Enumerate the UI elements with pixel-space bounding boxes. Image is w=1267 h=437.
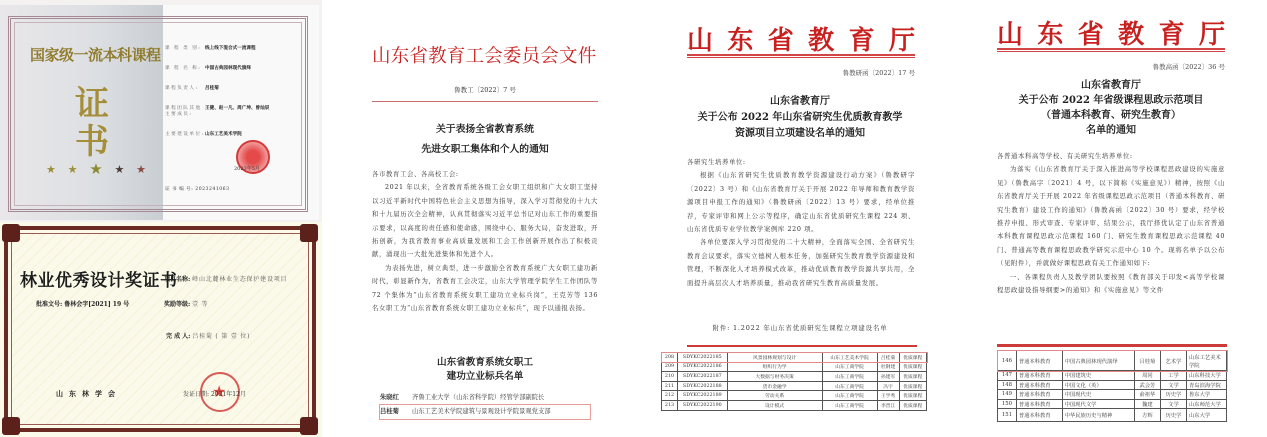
cell-lead: 武会芳 [1134, 380, 1160, 390]
star-icon: ★ [46, 163, 56, 176]
cell-code: SDYKC2022189 [678, 391, 728, 401]
cell-lead: 王学秀 [877, 391, 899, 401]
field-course-lead: 课程负责人: 吕桂菊 [165, 86, 315, 92]
attachment-line: 附件: 1.2022 年山东省优质研究生课程立项建设名单 [645, 323, 955, 332]
cell-school: 山东师范大学 [1187, 399, 1227, 409]
document-header: 山东省教育工会委员会文件 [372, 42, 602, 68]
cell-discipline: 文学 [1160, 399, 1186, 409]
certificate-number-value: 2023241063 [195, 187, 229, 192]
field-value: 王健、赵一凡、周广坤、曾灿辰 [205, 106, 269, 118]
cell-lead: 魏建 [1134, 399, 1160, 409]
cell-no: 150 [998, 399, 1017, 409]
cell-type: 优质课程 [899, 353, 926, 363]
cell-category: 普通本科教育 [1016, 351, 1062, 371]
cell-course: 中国古典园林现代演绎 [1062, 351, 1134, 371]
cell-course: 中国现代史 [1062, 390, 1134, 400]
title-line: 关于表扬全省教育系统 [330, 120, 640, 140]
cell-school: 青岛滨海学院 [1187, 380, 1227, 390]
corner-ornament [2, 417, 20, 435]
cell-course: 设计模式 [727, 400, 822, 410]
list-item: 朱晓红 齐鲁工业大学（山东省科学院）经管学部副院长 [380, 391, 590, 405]
cell-course: 大数据与财务决策 [727, 372, 822, 382]
cell-lead: 周同 [1134, 371, 1160, 381]
header-divider [997, 48, 1225, 52]
document-title: 山东省教育厅 关于公布 2022 年山东省研究生优质教育教学 资源项目立项建设名… [645, 94, 955, 142]
title-line: 名单的通知 [955, 123, 1267, 138]
cell-type: 优质课程 [899, 400, 926, 410]
cell-code: SDYKC2022185 [678, 353, 728, 363]
star-icon: ★ [136, 163, 146, 176]
field-label: 课程负责人: [165, 86, 205, 92]
cell-school: 山东工艺美术学院 [1187, 351, 1227, 371]
field-value: 线上线下混合式一流课程 [205, 46, 256, 52]
title-line: 先进女职工集体和个人的通知 [330, 140, 640, 160]
issuing-society: 山东林学会 [56, 389, 121, 399]
title-line: 关于公布 2022 年省级课程思政示范项目 [955, 93, 1267, 108]
cell-category: 普通本科教育 [1016, 409, 1062, 422]
table-row: 210 SDYKC2022187 大数据与财务决策 山东工商学院 孙建军 优质课… [662, 372, 927, 382]
document-body: 各市教育工会、各高校工会: 2021 年以来，全省教育系统各级工会女职工组织和广… [372, 168, 598, 315]
cell-lead: 方辉 [1134, 409, 1160, 422]
forestry-design-award-certificate: 林业优秀设计奖证书 批准文号: 鲁林会字[2021] 19 号 项目名称: 峄山… [0, 222, 322, 437]
table-row: 212 SDYKC2022189 劳动关系 山东工商学院 王学秀 优质课程 [662, 391, 927, 401]
cell-no: 149 [998, 390, 1017, 400]
corner-ornament [300, 224, 318, 242]
cell-lead: 孙建军 [877, 372, 899, 382]
field-team-members: 课程团队其他主要成员: 王健、赵一凡、周广坤、曾灿辰 [165, 106, 315, 118]
field-course-category: 课 程 类 别: 线上线下混合式一流课程 [165, 46, 315, 52]
document-header: 山 东 省 教 育 厅 [997, 14, 1225, 51]
demo-course-table: 146 普通本科教育 中国古典园林现代演绎 吕桂菊 艺术学 山东工艺美术学院 1… [997, 350, 1227, 422]
title-line: 关于公布 2022 年山东省研究生优质教育教学 [645, 110, 955, 126]
cell-course: 中国现代文学 [1062, 399, 1134, 409]
field-value: 峄山北麓林业生态保护建设项目 [192, 276, 287, 283]
table-row: 148 普通本科教育 中国文化（英） 武会芳 文学 青岛滨海学院 [998, 380, 1227, 390]
header-char: 山 [687, 20, 713, 57]
cell-code: SDYKC2022190 [678, 400, 728, 410]
cell-code: SDYKC2022187 [678, 372, 728, 382]
field-value: 中国古典园林现代演绎 [205, 66, 251, 72]
document-number: 鲁教高函〔2022〕36 号 [955, 62, 1225, 71]
header-char: 厅 [889, 20, 915, 57]
cell-school: 山东工商学院 [822, 362, 877, 372]
cell-category: 普通本科教育 [1016, 399, 1062, 409]
honoree-name: 吕桂菊 [380, 405, 410, 419]
header-char: 东 [1037, 14, 1063, 51]
field-value: 2021年12月 [211, 391, 246, 398]
header-char: 省 [1078, 14, 1104, 51]
document-title: 山东省教育厅 关于公布 2022 年省级课程思政示范项目 （普通本科教育、研究生… [955, 78, 1267, 138]
cell-course: 中华民族历史与精神 [1062, 409, 1134, 422]
table-row-highlighted: 146 普通本科教育 中国古典园林现代演绎 吕桂菊 艺术学 山东工艺美术学院 [998, 351, 1227, 371]
certificate-char-shu: 书 [72, 114, 112, 163]
field-value: 壹 等 [192, 301, 208, 308]
cell-school: 山东科技大学 [1187, 371, 1227, 381]
table-divider [997, 344, 1227, 347]
header-divider [687, 54, 915, 58]
cell-category: 普通本科教育 [1016, 371, 1062, 381]
issue-date-row: 发证日期: 2021年12月 [183, 389, 246, 398]
cell-no: 148 [998, 380, 1017, 390]
course-ideology-notice: 山 东 省 教 育 厅 鲁教高函〔2022〕36 号 山东省教育厅 关于公布 2… [955, 0, 1267, 437]
cell-type: 优质课程 [899, 391, 926, 401]
cell-course: 组织行为学 [727, 362, 822, 372]
field-value: 吕桂菊 [205, 86, 219, 92]
certificate-fields: 课 程 类 别: 线上线下混合式一流课程 课 程 名 称: 中国古典园林现代演绎… [165, 46, 315, 152]
paragraph: 为落实《山东省教育厅关于深入推进高等学校课程思政建设的实施意见》（鲁教高字〔20… [997, 163, 1225, 270]
title-line: 山东省教育系统女职工 [330, 356, 640, 370]
cell-school: 山东大学 [1187, 409, 1227, 422]
seal-date: 2023年5月 [234, 165, 260, 172]
table-row: 213 SDYKC2022190 设计模式 山东工商学院 李晋江 优质课程 [662, 400, 927, 410]
field-label: 主要建设单位: [165, 132, 205, 138]
completer-row: 完 成 人: 吕桂菊 ( 第 壹 位) [166, 331, 250, 340]
honoree-list: 朱晓红 齐鲁工业大学（山东省科学院）经管学部副院长 吕桂菊 山东工艺美术学院建筑… [380, 391, 590, 419]
cell-no: 209 [662, 362, 678, 372]
table-row: 150 普通本科教育 中国现代文学 魏建 文学 山东师范大学 [998, 399, 1227, 409]
table-row: 209 SDYKC2022186 组织行为学 山东工商学院 杜钢建 优质课程 [662, 362, 927, 372]
cell-code: SDYKC2022188 [678, 381, 728, 391]
paragraph: 2021 年以来，全省教育系统各级工会女职工组织和广大女职工坚持以习近平新时代中… [372, 181, 598, 261]
project-name-row: 项目名称: 峄山北麓林业生态保护建设项目 [164, 274, 287, 283]
graduate-resources-notice: 山 东 省 教 育 厅 鲁教研函〔2022〕17 号 山东省教育厅 关于公布 2… [645, 0, 955, 437]
award-level-row: 奖励等级: 壹 等 [164, 299, 208, 308]
paragraph: 为表扬先进，树立典型，进一步激励全省教育系统广大女职工建功新时代，彰显新作为，省… [372, 262, 598, 316]
cell-code: SDYKC2022186 [678, 362, 728, 372]
field-label: 课 程 名 称: [165, 66, 205, 72]
cell-category: 普通本科教育 [1016, 390, 1062, 400]
cell-lead: 杜钢建 [877, 362, 899, 372]
title-line: （普通本科教育、研究生教育） [955, 108, 1267, 123]
cell-course: 风景园林规划与设计 [727, 353, 822, 363]
cell-no: 210 [662, 372, 678, 382]
field-label: 课程团队其他主要成员: [165, 106, 205, 118]
field-label: 课 程 类 别: [165, 46, 205, 52]
header-divider [372, 101, 598, 102]
title-line: 山东省教育厅 [645, 94, 955, 110]
cell-no: 147 [998, 371, 1017, 381]
list-item-highlighted: 吕桂菊 山东工艺美术学院建筑与景观设计学院景观党支部 [380, 405, 590, 419]
honoree-org: 山东工艺美术学院建筑与景观设计学院景观党支部 [412, 408, 551, 415]
cell-type: 优质课程 [899, 381, 926, 391]
cell-type: 优质课程 [899, 362, 926, 372]
document-number: 鲁教研函〔2022〕17 号 [645, 68, 915, 77]
cell-discipline: 工学 [1160, 371, 1186, 381]
table-divider [687, 345, 917, 347]
title-line: 建功立业标兵名单 [330, 370, 640, 384]
paragraph: 根据《山东省研究生优质教育教学资源建设行动方案》（鲁教研字〔2022〕3 号）和… [687, 169, 915, 236]
course-table: 208 SDYKC2022185 风景园林规划与设计 山东工艺美术学院 吕桂菊 … [661, 352, 927, 411]
salutation: 各研究生培养单位: [687, 156, 915, 169]
honoree-name: 朱晓红 [380, 391, 410, 405]
title-line: 资源项目立项建设名单的通知 [645, 126, 955, 142]
cell-school: 山东工商学院 [822, 372, 877, 382]
paragraph: 一、各课程负责人及教学团队要按照《教育部关于印发<高等学校课程思政建设指导纲要>… [997, 271, 1225, 298]
cell-lead: 冯宇 [877, 381, 899, 391]
cell-no: 212 [662, 391, 678, 401]
header-char: 教 [808, 20, 834, 57]
cell-course: 中国建筑史 [1062, 371, 1134, 381]
document-header: 山 东 省 教 育 厅 [687, 20, 915, 57]
field-value: 山东工艺美术学院 [205, 132, 242, 138]
table-row-highlighted: 208 SDYKC2022185 风景园林规划与设计 山东工艺美术学院 吕桂菊 … [662, 353, 927, 363]
header-char: 教 [1118, 14, 1144, 51]
field-value: 吕桂菊 ( 第 壹 位) [192, 333, 250, 340]
field-main-unit: 主要建设单位: 山东工艺美术学院 [165, 132, 315, 138]
star-icon: ★ [89, 160, 102, 178]
cell-school: 山东工商学院 [822, 391, 877, 401]
document-body: 各普通本科高等学校、有关研究生培养单位: 为落实《山东省教育厅关于深入推进高等学… [997, 150, 1225, 297]
table-row: 147 普通本科教育 中国建筑史 周同 工学 山东科技大学 [998, 371, 1227, 381]
header-char: 东 [727, 20, 753, 57]
cell-discipline: 历史学 [1160, 409, 1186, 422]
header-char: 育 [849, 20, 875, 57]
cell-school: 山东工商学院 [822, 381, 877, 391]
paragraph: 各单位要深入学习贯彻党的二十大精神，全面落实全国、全省研究生教育会议要求，落实立… [687, 236, 915, 290]
table-row: 149 普通本科教育 中国现代史 俞祖华 历史学 鲁东大学 [998, 390, 1227, 400]
cell-discipline: 艺术学 [1160, 351, 1186, 371]
document-number: 鲁教工〔2022〕7 号 [330, 85, 640, 94]
corner-ornament [300, 417, 318, 435]
star-icon: ★ [114, 163, 124, 176]
field-label: 完 成 人: [166, 333, 190, 340]
list-title: 山东省教育系统女职工 建功立业标兵名单 [330, 356, 640, 384]
first-class-course-certificate: 国家级一流本科课程 证 书 ★ ★ ★ ★ ★ 课 程 类 别: 线上线下混合式… [0, 0, 322, 222]
cell-lead: 李晋江 [877, 400, 899, 410]
cell-no: 151 [998, 409, 1017, 422]
cell-school: 山东工艺美术学院 [822, 353, 877, 363]
certificate-number-label: 证 书 编 号: [165, 187, 193, 192]
cell-lead: 吕桂菊 [877, 353, 899, 363]
field-label: 奖励等级: [164, 301, 190, 308]
star-row: ★ ★ ★ ★ ★ [46, 160, 146, 178]
cell-no: 213 [662, 400, 678, 410]
field-label: 项目名称: [164, 276, 190, 283]
salutation: 各普通本科高等学校、有关研究生培养单位: [997, 150, 1225, 163]
header-char: 育 [1159, 14, 1185, 51]
header-char: 省 [768, 20, 794, 57]
cell-no: 211 [662, 381, 678, 391]
honoree-org: 齐鲁工业大学（山东省科学院）经管学部副院长 [412, 394, 544, 401]
education-union-notice: 山东省教育工会委员会文件 鲁教工〔2022〕7 号 关于表扬全省教育系统 先进女… [330, 0, 640, 437]
cell-school: 山东工商学院 [822, 400, 877, 410]
cell-school: 鲁东大学 [1187, 390, 1227, 400]
certificate-title: 国家级一流本科课程 [30, 44, 150, 65]
approval-number: 批准文号: 鲁林会字[2021] 19 号 [36, 299, 129, 308]
title-line: 山东省教育厅 [955, 78, 1267, 93]
field-course-name: 课 程 名 称: 中国古典园林现代演绎 [165, 66, 315, 72]
certificate-title: 林业优秀设计奖证书 [20, 266, 178, 291]
table-row: 211 SDYKC2022188 货币金融学 山东工商学院 冯宇 优质课程 [662, 381, 927, 391]
cell-type: 优质课程 [899, 372, 926, 382]
cell-course: 劳动关系 [727, 391, 822, 401]
cell-course: 货币金融学 [727, 381, 822, 391]
header-char: 山 [997, 14, 1023, 51]
cell-no: 146 [998, 351, 1017, 371]
field-label: 发证日期: [183, 391, 209, 398]
certificate-number: 证 书 编 号: 2023241063 [165, 186, 230, 192]
cell-lead: 吕桂菊 [1134, 351, 1160, 371]
document-body: 各研究生培养单位: 根据《山东省研究生优质教育教学资源建设行动方案》（鲁教研字〔… [687, 156, 915, 290]
salutation: 各市教育工会、各高校工会: [372, 168, 598, 181]
cell-discipline: 文学 [1160, 380, 1186, 390]
cell-no: 208 [662, 353, 678, 363]
table-row: 151 普通本科教育 中华民族历史与精神 方辉 历史学 山东大学 [998, 409, 1227, 422]
document-title: 关于表扬全省教育系统 先进女职工集体和个人的通知 [330, 120, 640, 160]
cell-category: 普通本科教育 [1016, 380, 1062, 390]
cell-course: 中国文化（英） [1062, 380, 1134, 390]
header-char: 厅 [1199, 14, 1225, 51]
star-icon: ★ [68, 163, 78, 176]
cell-discipline: 历史学 [1160, 390, 1186, 400]
corner-ornament [2, 224, 20, 242]
cell-lead: 俞祖华 [1134, 390, 1160, 400]
